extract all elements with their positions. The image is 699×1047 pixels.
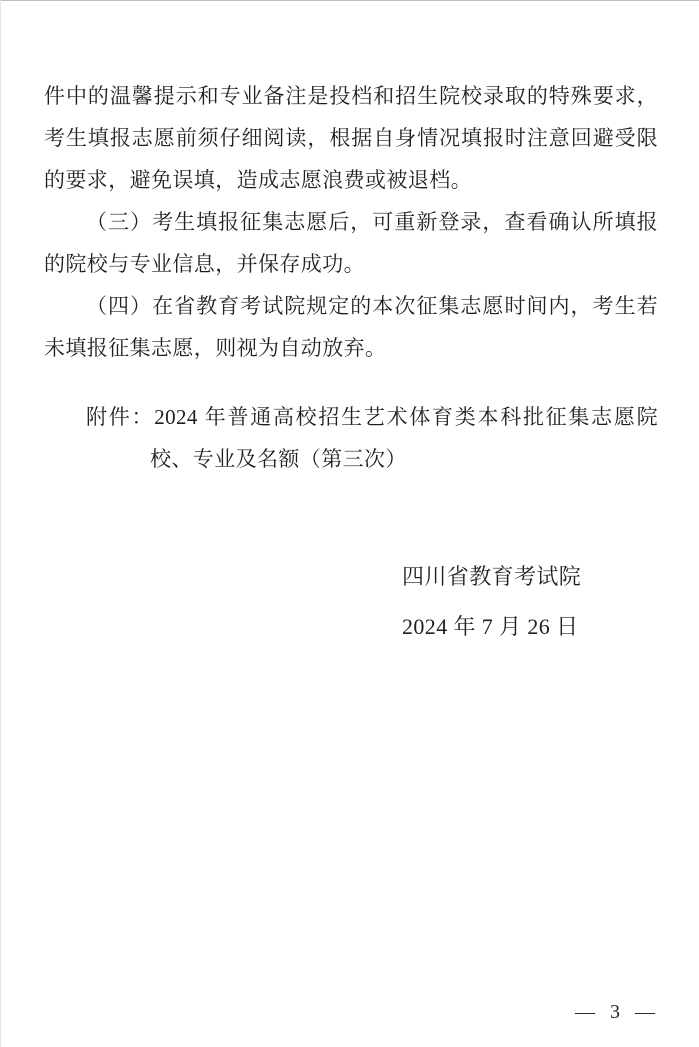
attachment-block: 附件：2024 年普通高校招生艺术体育类本科批征集志愿院 校、专业及名额（第三次… [44, 396, 658, 480]
paragraph-item-three: （三）考生填报征集志愿后，可重新登录，查看确认所填报 的院校与专业信息，并保存成… [44, 201, 658, 285]
issue-date: 2024 年 7 月 26 日 [402, 606, 658, 648]
attachment-title-text: 2024 年普通高校招生艺术体育类本科批征集志愿院 [154, 405, 658, 429]
body-text-line: （四）在省教育考试院规定的本次征集志愿时间内，考生若 [44, 285, 658, 327]
signature-block: 四川省教育考试院 2024 年 7 月 26 日 [402, 556, 658, 648]
attachment-title-line: 校、专业及名额（第三次） [44, 438, 658, 480]
attachment-title-line: 附件：2024 年普通高校招生艺术体育类本科批征集志愿院 [44, 396, 658, 438]
issuer-signature: 四川省教育考试院 [402, 556, 658, 598]
body-text-line: 的院校与专业信息，并保存成功。 [44, 243, 658, 285]
attachment-label: 附件： [86, 405, 154, 429]
document-body: 件中的温馨提示和专业备注是投档和招生院校录取的特殊要求， 考生填报志愿前须仔细阅… [0, 0, 699, 648]
body-text-line: （三）考生填报征集志愿后，可重新登录，查看确认所填报 [44, 201, 658, 243]
body-text-line: 件中的温馨提示和专业备注是投档和招生院校录取的特殊要求， [44, 75, 658, 117]
paragraph-continuation: 件中的温馨提示和专业备注是投档和招生院校录取的特殊要求， 考生填报志愿前须仔细阅… [44, 75, 658, 201]
page-number: — 3 — [575, 997, 658, 1027]
body-text-line: 的要求，避免误填，造成志愿浪费或被退档。 [44, 159, 658, 201]
paragraph-item-four: （四）在省教育考试院规定的本次征集志愿时间内，考生若 未填报征集志愿，则视为自动… [44, 285, 658, 369]
body-text-line: 未填报征集志愿，则视为自动放弃。 [44, 327, 658, 369]
body-text-line: 考生填报志愿前须仔细阅读，根据自身情况填报时注意回避受限 [44, 117, 658, 159]
